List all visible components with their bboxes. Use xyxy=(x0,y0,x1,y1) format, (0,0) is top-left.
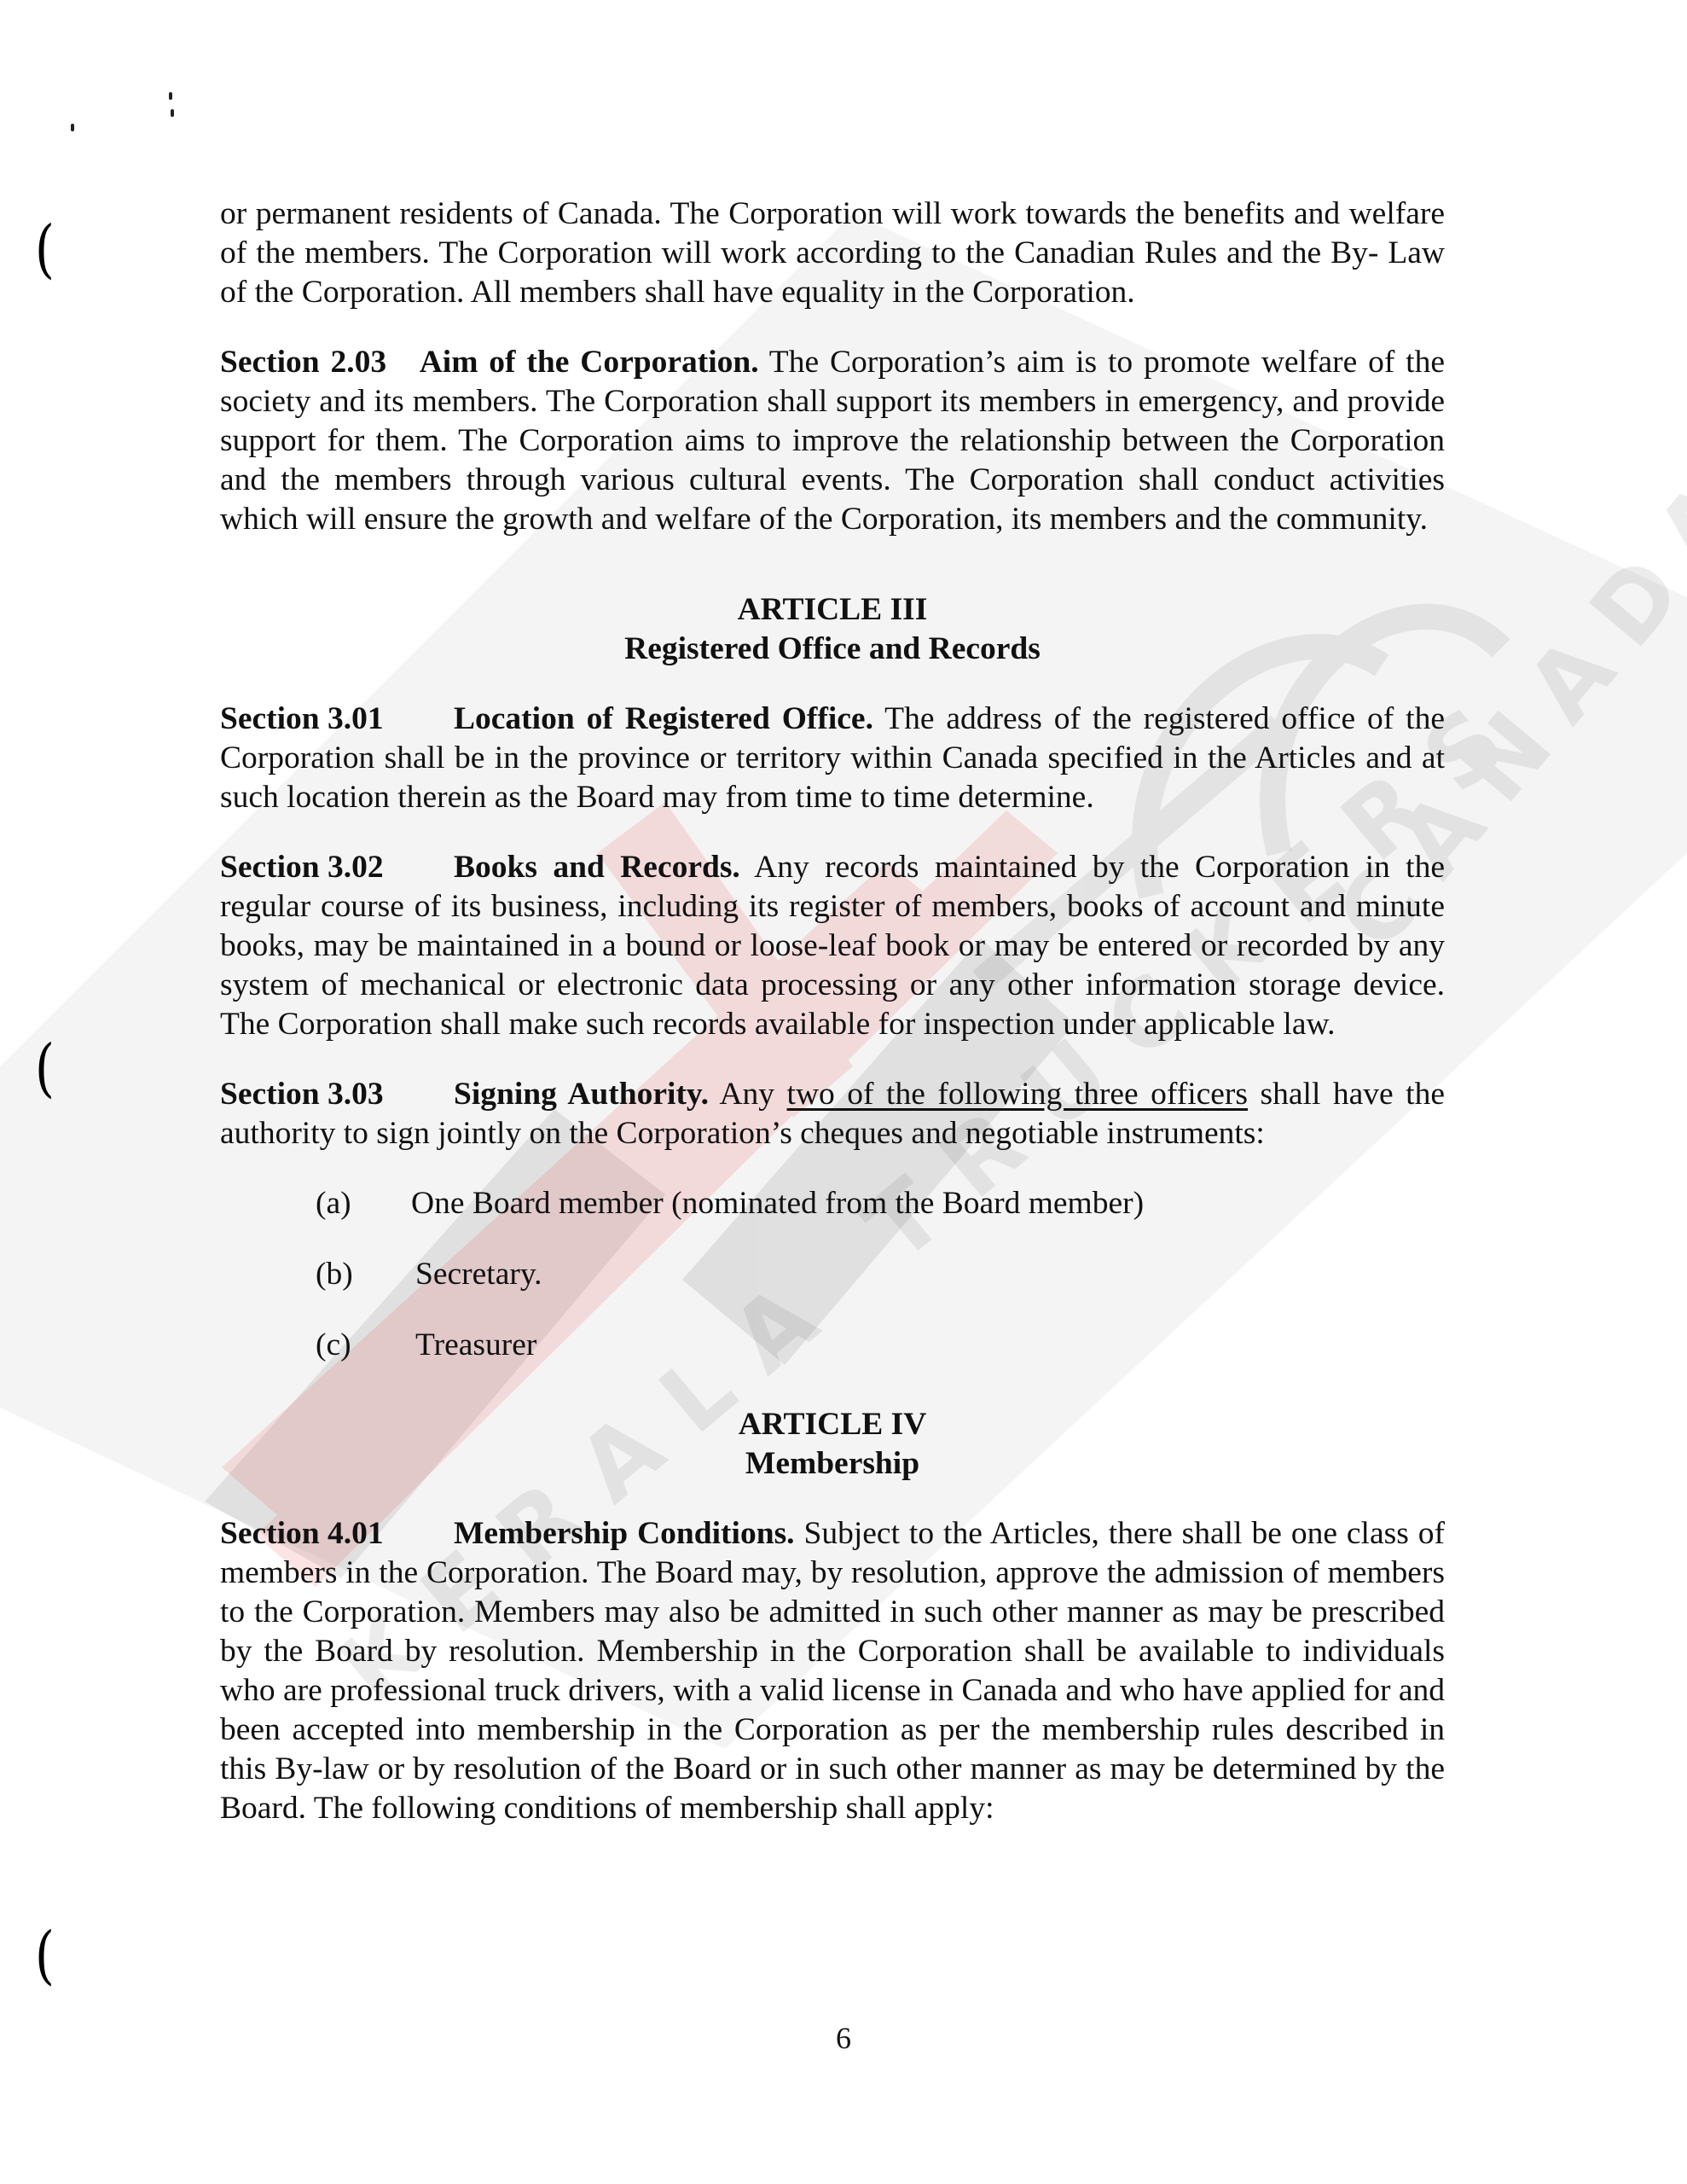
section-title: Membership Conditions. xyxy=(454,1516,795,1551)
section-number: Section 3.03 xyxy=(220,1075,454,1114)
section-number: Section 3.02 xyxy=(220,848,454,887)
article-3-heading: ARTICLE III xyxy=(220,590,1445,630)
section-4-01: Section 4.01Membership Conditions. Subje… xyxy=(220,1514,1445,1828)
continuation-paragraph: or permanent residents of Canada. The Co… xyxy=(220,195,1445,312)
list-label: (a) xyxy=(316,1184,411,1223)
list-label: (b) xyxy=(316,1255,411,1294)
section-number: Section 2.03 xyxy=(220,345,386,380)
underlined-phrase: two of the following three officers xyxy=(787,1077,1248,1112)
punch-mark-middle: ( xyxy=(35,1037,55,1100)
list-text: Secretary. xyxy=(415,1255,542,1294)
scan-speck xyxy=(71,124,74,131)
section-3-01: Section 3.01Location of Registered Offic… xyxy=(220,700,1445,817)
signing-officers-list: (a)One Board member (nominated from the … xyxy=(220,1184,1445,1365)
section-title: Location of Registered Office. xyxy=(454,701,873,736)
section-3-02: Section 3.02Books and Records. Any recor… xyxy=(220,848,1445,1044)
punch-mark-bottom: ( xyxy=(35,1924,55,1987)
article-3-subheading: Registered Office and Records xyxy=(220,630,1445,669)
punch-mark-top: ( xyxy=(35,218,55,281)
scan-speck xyxy=(171,109,174,117)
section-2-03: Section 2.03 Aim of the Corporation. The… xyxy=(220,343,1445,539)
list-item: (a)One Board member (nominated from the … xyxy=(220,1184,1445,1223)
article-4-heading: ARTICLE IV xyxy=(220,1405,1445,1444)
section-title: Signing Authority. xyxy=(454,1077,709,1112)
section-body-start: Any xyxy=(709,1077,787,1112)
section-number: Section 4.01 xyxy=(220,1514,454,1554)
section-title: Aim of the Corporation. xyxy=(420,345,759,380)
section-title: Books and Records. xyxy=(454,850,740,885)
section-body: Subject to the Articles, there shall be … xyxy=(220,1516,1445,1826)
list-text: One Board member (nominated from the Boa… xyxy=(411,1184,1144,1223)
list-text: Treasurer xyxy=(415,1326,536,1365)
page-number: 6 xyxy=(0,2020,1687,2056)
article-4-subheading: Membership xyxy=(220,1444,1445,1484)
section-3-03: Section 3.03Signing Authority. Any two o… xyxy=(220,1075,1445,1153)
section-number: Section 3.01 xyxy=(220,700,454,739)
section-body: The Corporation’s aim is to promote welf… xyxy=(220,345,1445,537)
list-item: (c)Treasurer xyxy=(220,1326,1445,1365)
list-label: (c) xyxy=(316,1326,411,1365)
list-item: (b)Secretary. xyxy=(220,1255,1445,1294)
document-page: or permanent residents of Canada. The Co… xyxy=(220,195,1445,1828)
scan-speck xyxy=(169,92,172,100)
